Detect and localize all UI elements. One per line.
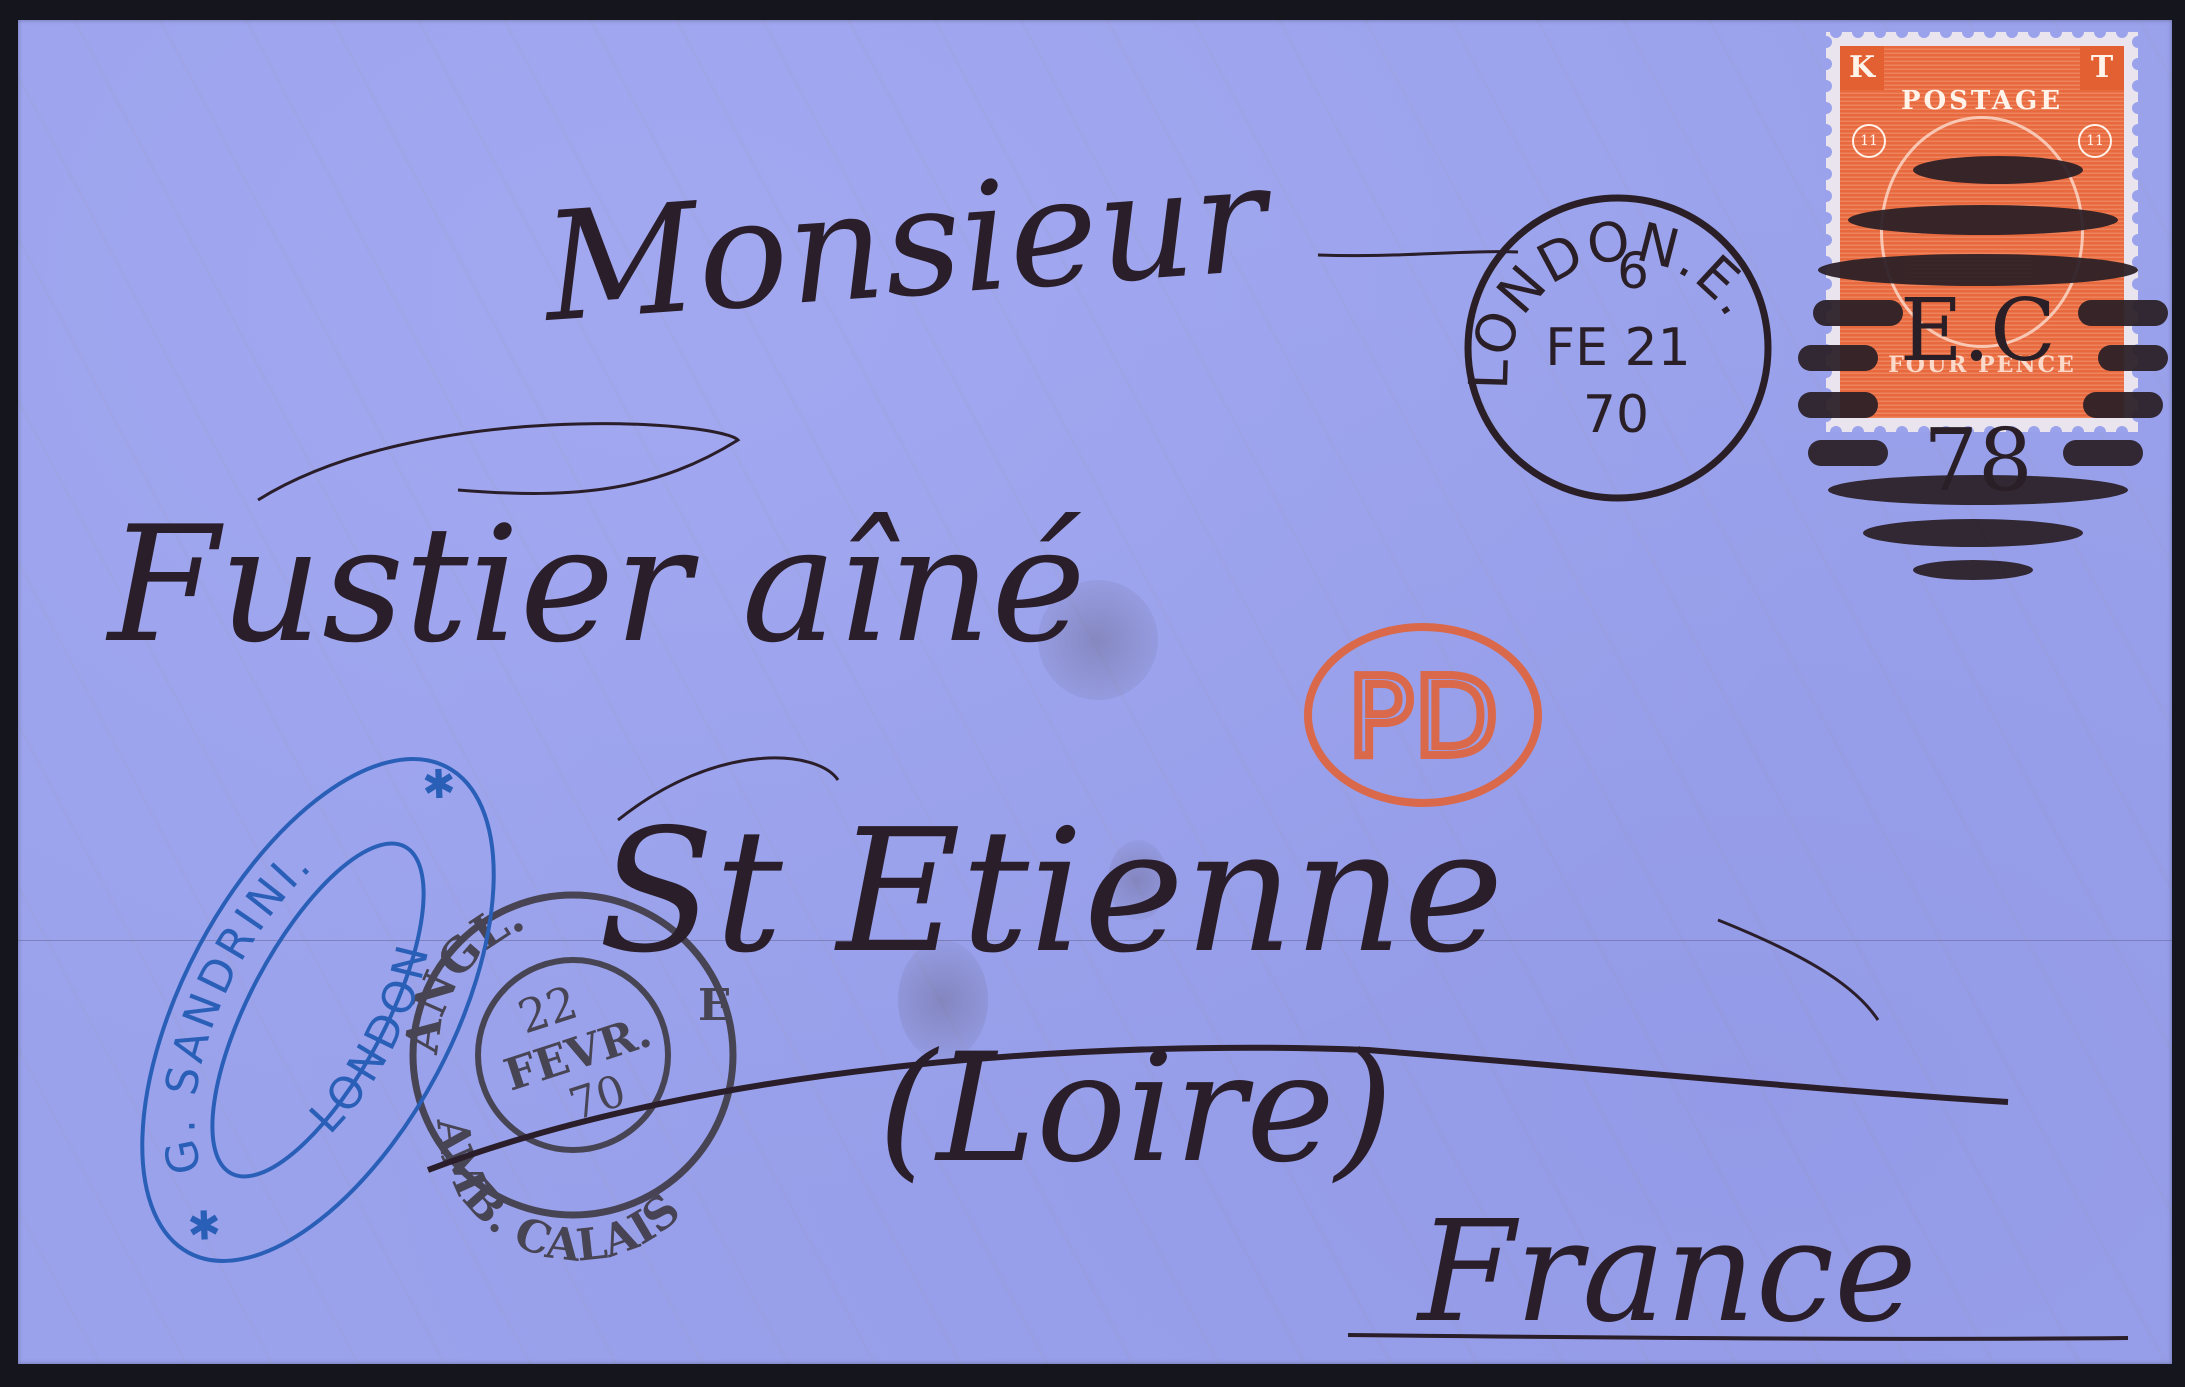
address-recipient: Fustier aîné — [105, 491, 1086, 678]
pd-mark: PD — [1308, 627, 1538, 803]
postmark-line2: FE 21 — [1545, 318, 1690, 378]
address-city: St Etienne — [598, 793, 1504, 991]
svg-text:AMB. CALAIS: AMB. CALAIS — [426, 1114, 690, 1272]
address-department: (Loire) — [878, 1022, 1393, 1196]
postmark-line3: 70 — [1583, 385, 1649, 445]
postal-cover: K T POSTAGE 11 11 FOUR PENCE E.C — [18, 20, 2172, 1364]
obliterator-number: 78 — [1923, 411, 2032, 511]
postmark-line1: 6 — [1617, 242, 1649, 300]
salutation-flourish — [1318, 252, 1518, 256]
french-mark-bottom: AMB. CALAIS — [426, 1114, 690, 1272]
address-country: France — [1415, 1191, 1917, 1354]
cachet-ornament: ✱ — [177, 1200, 233, 1251]
obliterator-district: E.C — [1900, 281, 2056, 381]
ink-layer: E.C 78 LONDON.E.C 6 FE 21 70 PD ANGL. AM… — [18, 20, 2172, 1364]
cachet-ornament: ✱ — [412, 759, 468, 810]
recipient-flourish — [258, 424, 738, 500]
address-salutation: Monsieur — [535, 131, 1279, 356]
svg-text:PD: PD — [1347, 653, 1498, 781]
